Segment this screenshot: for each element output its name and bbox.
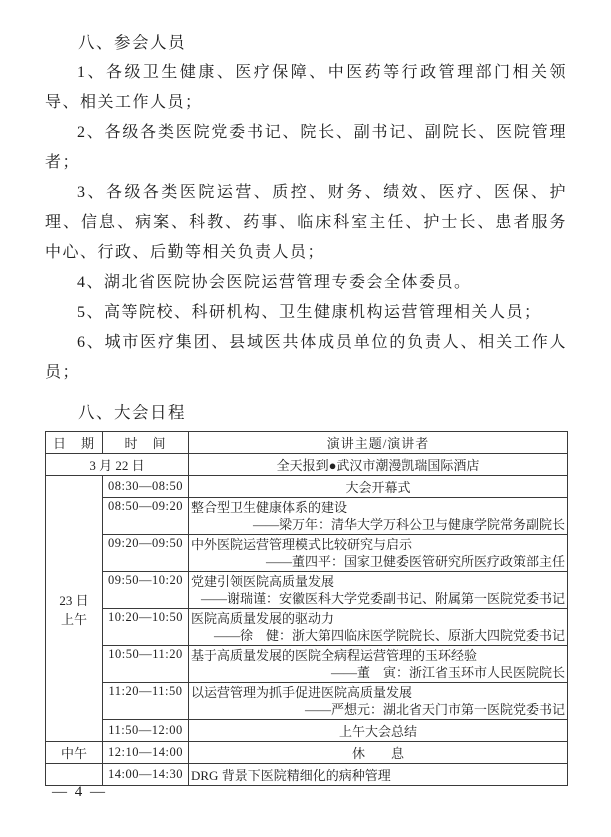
table-header-row: 日 期 时 间 演讲主题/演讲者 — [46, 432, 568, 454]
document-page: 八、参会人员 1、各级卫生健康、医疗保障、中医药等行政管理部门相关领导、相关工作… — [0, 0, 611, 837]
checkin-content-cell: 全天报到●武汉市潮漫凯瑞国际酒店 — [189, 454, 568, 476]
participants-item-2: 2、各级各类医院党委书记、院长、副书记、副院长、医院管理者； — [45, 118, 567, 178]
speaker-line: ——董 寅：浙江省玉环市人民医院院长 — [191, 664, 565, 681]
time-cell: 10:20—10:50 — [103, 609, 189, 646]
schedule-table: 日 期 时 间 演讲主题/演讲者 3 月 22 日 全天报到●武汉市潮漫凯瑞国际… — [45, 431, 568, 786]
content-cell: DRG 背景下医院精细化的病种管理 — [189, 764, 568, 786]
speaker-line: ——徐 健：浙大第四临床医学院院长、原浙大四院党委书记 — [191, 627, 565, 644]
topic-line: 基于高质量发展的医院全病程运营管理的玉环经验 — [191, 647, 565, 664]
time-cell: 08:50—09:20 — [103, 498, 189, 535]
topic-cell: 以运营管理为抓手促进医院高质量发展 ——严想元：湖北省天门市第一医院党委书记 — [189, 683, 568, 720]
content-cell: 休 息 — [189, 742, 568, 764]
time-cell: 11:50—12:00 — [103, 720, 189, 742]
content-cell: 上午大会总结 — [189, 720, 568, 742]
speaker-line: ——梁万年：清华大学万科公卫与健康学院常务副院长 — [191, 516, 565, 533]
participants-item-4: 4、湖北省医院协会医院运营管理专委会全体委员。 — [45, 268, 567, 298]
participants-item-3: 3、各级各类医院运营、质控、财务、绩效、医疗、医保、护理、信息、病案、科教、药事… — [45, 178, 567, 268]
header-time: 时 间 — [103, 432, 189, 454]
morning-date-cell: 23 日 上午 — [46, 476, 103, 742]
table-row: 23 日 上午 08:30—08:50 大会开幕式 — [46, 476, 568, 498]
speaker-line: ——严想元：湖北省天门市第一医院党委书记 — [191, 701, 565, 718]
participants-item-1: 1、各级卫生健康、医疗保障、中医药等行政管理部门相关领导、相关工作人员； — [45, 58, 567, 118]
table-row-checkin: 3 月 22 日 全天报到●武汉市潮漫凯瑞国际酒店 — [46, 454, 568, 476]
table-row: 09:20—09:50 中外医院运营管理模式比较研究与启示 ——董四平：国家卫健… — [46, 535, 568, 572]
table-row: 08:50—09:20 整合型卫生健康体系的建设 ——梁万年：清华大学万科公卫与… — [46, 498, 568, 535]
empty-date-cell — [46, 764, 103, 786]
time-cell: 12:10—14:00 — [103, 742, 189, 764]
table-row-noon: 中午 12:10—14:00 休 息 — [46, 742, 568, 764]
participants-item-6: 6、城市医疗集团、县域医共体成员单位的负责人、相关工作人员； — [45, 328, 567, 388]
time-cell: 10:50—11:20 — [103, 646, 189, 683]
section-heading-agenda: 八、大会日程 — [45, 398, 567, 428]
topic-line: 整合型卫生健康体系的建设 — [191, 499, 565, 516]
page-number: — 4 — — [52, 784, 107, 801]
content-cell: 大会开幕式 — [189, 476, 568, 498]
participants-item-5: 5、高等院校、科研机构、卫生健康机构运营管理相关人员； — [45, 298, 567, 328]
time-cell: 08:30—08:50 — [103, 476, 189, 498]
topic-cell: 医院高质量发展的驱动力 ——徐 健：浙大第四临床医学院院长、原浙大四院党委书记 — [189, 609, 568, 646]
topic-line: 以运营管理为抓手促进医院高质量发展 — [191, 684, 565, 701]
topic-cell: 中外医院运营管理模式比较研究与启示 ——董四平：国家卫健委医管研究所医疗政策部主… — [189, 535, 568, 572]
header-topic: 演讲主题/演讲者 — [189, 432, 568, 454]
noon-period-cell: 中午 — [46, 742, 103, 764]
time-cell: 09:20—09:50 — [103, 535, 189, 572]
table-row: 09:50—10:20 党建引领医院高质量发展 ——谢瑞谨：安徽医科大学党委副书… — [46, 572, 568, 609]
page-content: 八、参会人员 1、各级卫生健康、医疗保障、中医药等行政管理部门相关领导、相关工作… — [45, 28, 567, 786]
speaker-line: ——董四平：国家卫健委医管研究所医疗政策部主任 — [191, 553, 565, 570]
topic-cell: 整合型卫生健康体系的建设 ——梁万年：清华大学万科公卫与健康学院常务副院长 — [189, 498, 568, 535]
topic-line: 医院高质量发展的驱动力 — [191, 610, 565, 627]
speaker-line: ——谢瑞谨：安徽医科大学党委副书记、附属第一医院党委书记 — [191, 590, 565, 607]
topic-cell: 基于高质量发展的医院全病程运营管理的玉环经验 ——董 寅：浙江省玉环市人民医院院… — [189, 646, 568, 683]
morning-date-line: 23 日 — [48, 590, 100, 609]
morning-period-line: 上午 — [48, 609, 100, 628]
table-row: 11:50—12:00 上午大会总结 — [46, 720, 568, 742]
table-row: 11:20—11:50 以运营管理为抓手促进医院高质量发展 ——严想元：湖北省天… — [46, 683, 568, 720]
section-heading-participants: 八、参会人员 — [45, 28, 567, 58]
time-cell: 09:50—10:20 — [103, 572, 189, 609]
topic-line: 党建引领医院高质量发展 — [191, 573, 565, 590]
topic-cell: 党建引领医院高质量发展 ——谢瑞谨：安徽医科大学党委副书记、附属第一医院党委书记 — [189, 572, 568, 609]
table-row: 10:20—10:50 医院高质量发展的驱动力 ——徐 健：浙大第四临床医学院院… — [46, 609, 568, 646]
topic-line: 中外医院运营管理模式比较研究与启示 — [191, 536, 565, 553]
time-cell: 11:20—11:50 — [103, 683, 189, 720]
checkin-date-cell: 3 月 22 日 — [46, 454, 189, 476]
table-row: 10:50—11:20 基于高质量发展的医院全病程运营管理的玉环经验 ——董 寅… — [46, 646, 568, 683]
time-cell: 14:00—14:30 — [103, 764, 189, 786]
table-row: 14:00—14:30 DRG 背景下医院精细化的病种管理 — [46, 764, 568, 786]
header-date: 日 期 — [46, 432, 103, 454]
